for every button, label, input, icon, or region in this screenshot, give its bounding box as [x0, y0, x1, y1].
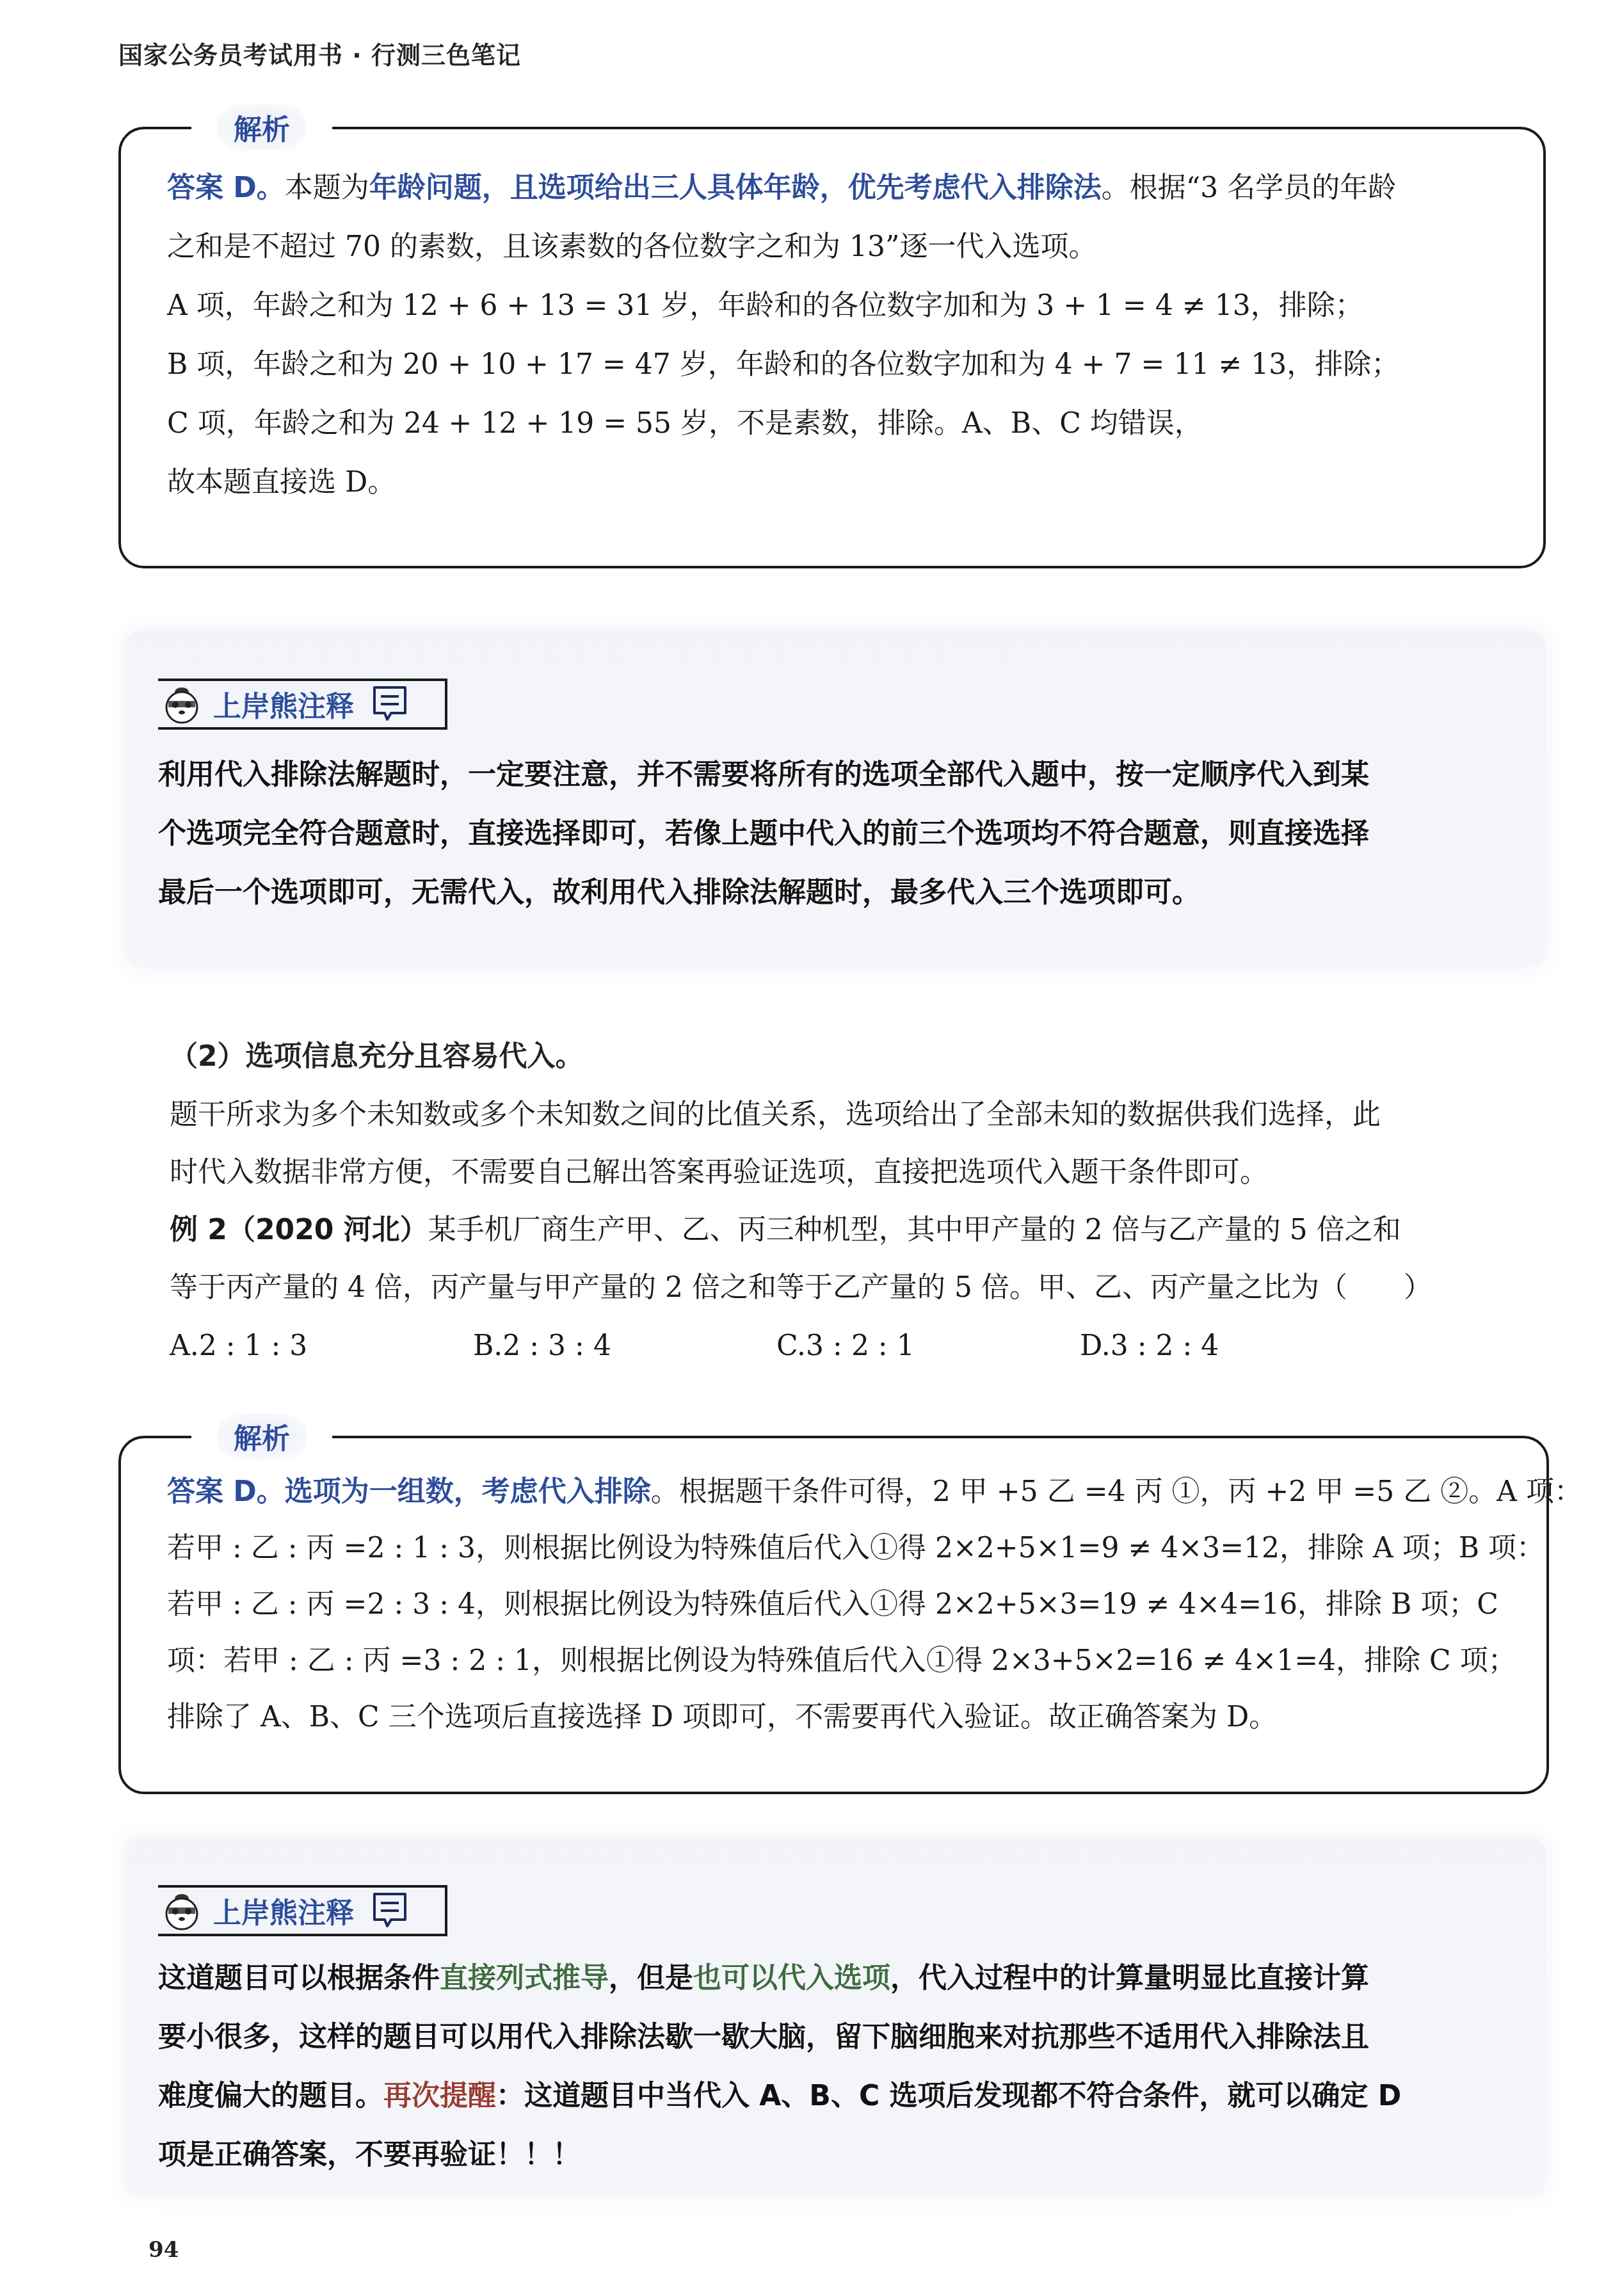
analysis-line-option-a: A 项，年龄之和为 12 + 6 + 13 = 31 岁，年龄和的各位数字加和为… — [167, 277, 1514, 335]
highlight-span: 直接列式推导 — [440, 1962, 609, 1995]
analysis-body: 答案 D。本题为年龄问题，且选项给出三人具体年龄，优先考虑代入排除法。根据“3 … — [121, 129, 1543, 531]
section-2: （2）选项信息充分且容易代入。 题干所求为多个未知数或多个未知数之间的比值关系，… — [170, 1027, 1514, 1376]
option-d: D.3 : 2 : 4 — [1080, 1317, 1383, 1376]
note-line: 利用代入排除法解题时，一定要注意，并不需要将所有的选项全部代入题中，按一定顺序代… — [158, 746, 1520, 805]
note-box-2: 上岸熊注释 这道题目可以根据条件直接列式推导，但是也可以代入选项，代入过程中的计… — [125, 1837, 1546, 2196]
note-title: 上岸熊注释 — [213, 1890, 354, 1931]
analysis-line-option-a: 若甲 : 乙 : 丙 =2 : 1 : 3，则根据比例设为特殊值后代入①得 2×… — [167, 1520, 1517, 1577]
note-line: 最后一个选项即可，无需代入，故利用代入排除法解题时，最多代入三个选项即可。 — [158, 863, 1520, 922]
text-span: 这道题目可以根据条件 — [158, 1962, 440, 1995]
running-header: 国家公务员考试用书 · 行测三色笔记 — [118, 35, 521, 70]
reminder-highlight: 再次提醒 — [383, 2080, 496, 2112]
option-b: B.2 : 3 : 4 — [473, 1317, 776, 1376]
note-line: 项是正确答案，不要再验证！！！ — [158, 2126, 1520, 2185]
note-title: 上岸熊注释 — [213, 684, 354, 725]
bear-mascot-icon — [162, 684, 202, 724]
note-line: 这道题目可以根据条件直接列式推导，但是也可以代入选项，代入过程中的计算量明显比直… — [158, 1949, 1520, 2008]
analysis-body: 答案 D。选项为一组数，考虑代入排除。根据题干条件可得，2 甲 +5 乙 =4 … — [121, 1438, 1546, 1765]
analysis-box-2: 解析 答案 D。选项为一组数，考虑代入排除。根据题干条件可得，2 甲 +5 乙 … — [118, 1436, 1549, 1794]
example-question-line: 例 2（2020 河北）某手机厂商生产甲、乙、丙三种机型，其中甲产量的 2 倍与… — [170, 1201, 1514, 1259]
note-line: 个选项完全符合题意时，直接选择即可，若像上题中代入的前三个选项均不符合题意，则直… — [158, 805, 1520, 863]
answer-options: A.2 : 1 : 3 B.2 : 3 : 4 C.3 : 2 : 1 D.3 … — [170, 1317, 1514, 1376]
option-a: A.2 : 1 : 3 — [170, 1317, 473, 1376]
analysis-box-1: 解析 答案 D。本题为年龄问题，且选项给出三人具体年龄，优先考虑代入排除法。根据… — [118, 127, 1546, 568]
section-paragraph-line: 题干所求为多个未知数或多个未知数之间的比值关系，选项给出了全部未知的数据供我们选… — [170, 1086, 1514, 1144]
analysis-label: 解析 — [217, 1413, 307, 1459]
analysis-label: 解析 — [217, 104, 307, 150]
analysis-line-option-c: C 项，年龄之和为 24 + 12 + 19 = 55 岁，不是素数，排除。A、… — [167, 394, 1514, 453]
analysis-line: 之和是不超过 70 的素数，且该素数的各位数字之和为 13”逐一代入选项。 — [167, 218, 1514, 277]
example-text: 某手机厂商生产甲、乙、丙三种机型，其中甲产量的 2 倍与乙产量的 5 倍之和 — [428, 1214, 1401, 1246]
highlight-span: 也可以代入选项 — [693, 1962, 890, 1995]
analysis-line-option-b: 若甲 : 乙 : 丙 =2 : 3 : 4，则根据比例设为特殊值后代入①得 2×… — [167, 1577, 1517, 1633]
comment-icon — [371, 1890, 409, 1931]
text-span: ：这道题目中当代入 A、B、C 选项后发现都不符合条件，就可以确定 D — [496, 2080, 1401, 2112]
example-label: 例 2（2020 河北） — [170, 1214, 428, 1246]
analysis-tag: 解析 — [191, 108, 332, 147]
analysis-tag: 解析 — [191, 1417, 332, 1456]
analysis-line: 答案 D。选项为一组数，考虑代入排除。根据题干条件可得，2 甲 +5 乙 =4 … — [167, 1464, 1517, 1520]
text-span: ，代入过程中的计算量明显比直接计算 — [890, 1962, 1369, 1995]
bear-mascot-icon — [162, 1891, 202, 1931]
analysis-conclusion: 故本题直接选 D。 — [167, 453, 1514, 512]
section-paragraph-line: 时代入数据非常方便，不需要自己解出答案再验证选项，直接把选项代入题干条件即可。 — [170, 1144, 1514, 1201]
note-line: 要小很多，这样的题目可以用代入排除法歇一歇大脑，留下脑细胞来对抗那些不适用代入排… — [158, 2008, 1520, 2067]
note-header: 上岸熊注释 — [158, 1885, 447, 1936]
option-c: C.3 : 2 : 1 — [776, 1317, 1080, 1376]
note-box-1: 上岸熊注释 利用代入排除法解题时，一定要注意，并不需要将所有的选项全部代入题中，… — [125, 630, 1546, 967]
text-span: ，但是 — [609, 1962, 693, 1995]
analysis-conclusion: 排除了 A、B、C 三个选项后直接选择 D 项即可，不需要再代入验证。故正确答案… — [167, 1689, 1517, 1746]
note-body: 这道题目可以根据条件直接列式推导，但是也可以代入选项，代入过程中的计算量明显比直… — [158, 1949, 1520, 2185]
analysis-line-option-c: 项：若甲 : 乙 : 丙 =3 : 2 : 1，则根据比例设为特殊值后代入①得 … — [167, 1633, 1517, 1689]
answer-label: 答案 D。 — [167, 172, 285, 204]
text-span: 难度偏大的题目。 — [158, 2080, 383, 2112]
page-number: 94 — [148, 2237, 179, 2263]
highlight-span: 年龄问题，且选项给出三人具体年龄，优先考虑代入排除法 — [369, 172, 1102, 204]
note-body: 利用代入排除法解题时，一定要注意，并不需要将所有的选项全部代入题中，按一定顺序代… — [158, 746, 1520, 922]
analysis-line: 答案 D。本题为年龄问题，且选项给出三人具体年龄，优先考虑代入排除法。根据“3 … — [167, 159, 1514, 218]
note-line: 难度偏大的题目。再次提醒：这道题目中当代入 A、B、C 选项后发现都不符合条件，… — [158, 2067, 1520, 2126]
analysis-line-option-b: B 项，年龄之和为 20 + 10 + 17 = 47 岁，年龄和的各位数字加和… — [167, 335, 1514, 394]
comment-icon — [371, 684, 409, 725]
example-question-line: 等于丙产量的 4 倍，丙产量与甲产量的 2 倍之和等于乙产量的 5 倍。甲、乙、… — [170, 1259, 1514, 1317]
answer-label: 答案 D。选项为一组数，考虑代入排除 — [167, 1475, 651, 1508]
text-span: 。根据题干条件可得，2 甲 +5 乙 =4 丙 ①，丙 +2 甲 =5 乙 ②。… — [651, 1475, 1582, 1508]
note-header: 上岸熊注释 — [158, 678, 447, 730]
text-span: 本题为 — [285, 172, 369, 204]
section-heading: （2）选项信息充分且容易代入。 — [170, 1027, 1514, 1086]
text-span: 。根据“3 名学员的年龄 — [1102, 172, 1396, 204]
